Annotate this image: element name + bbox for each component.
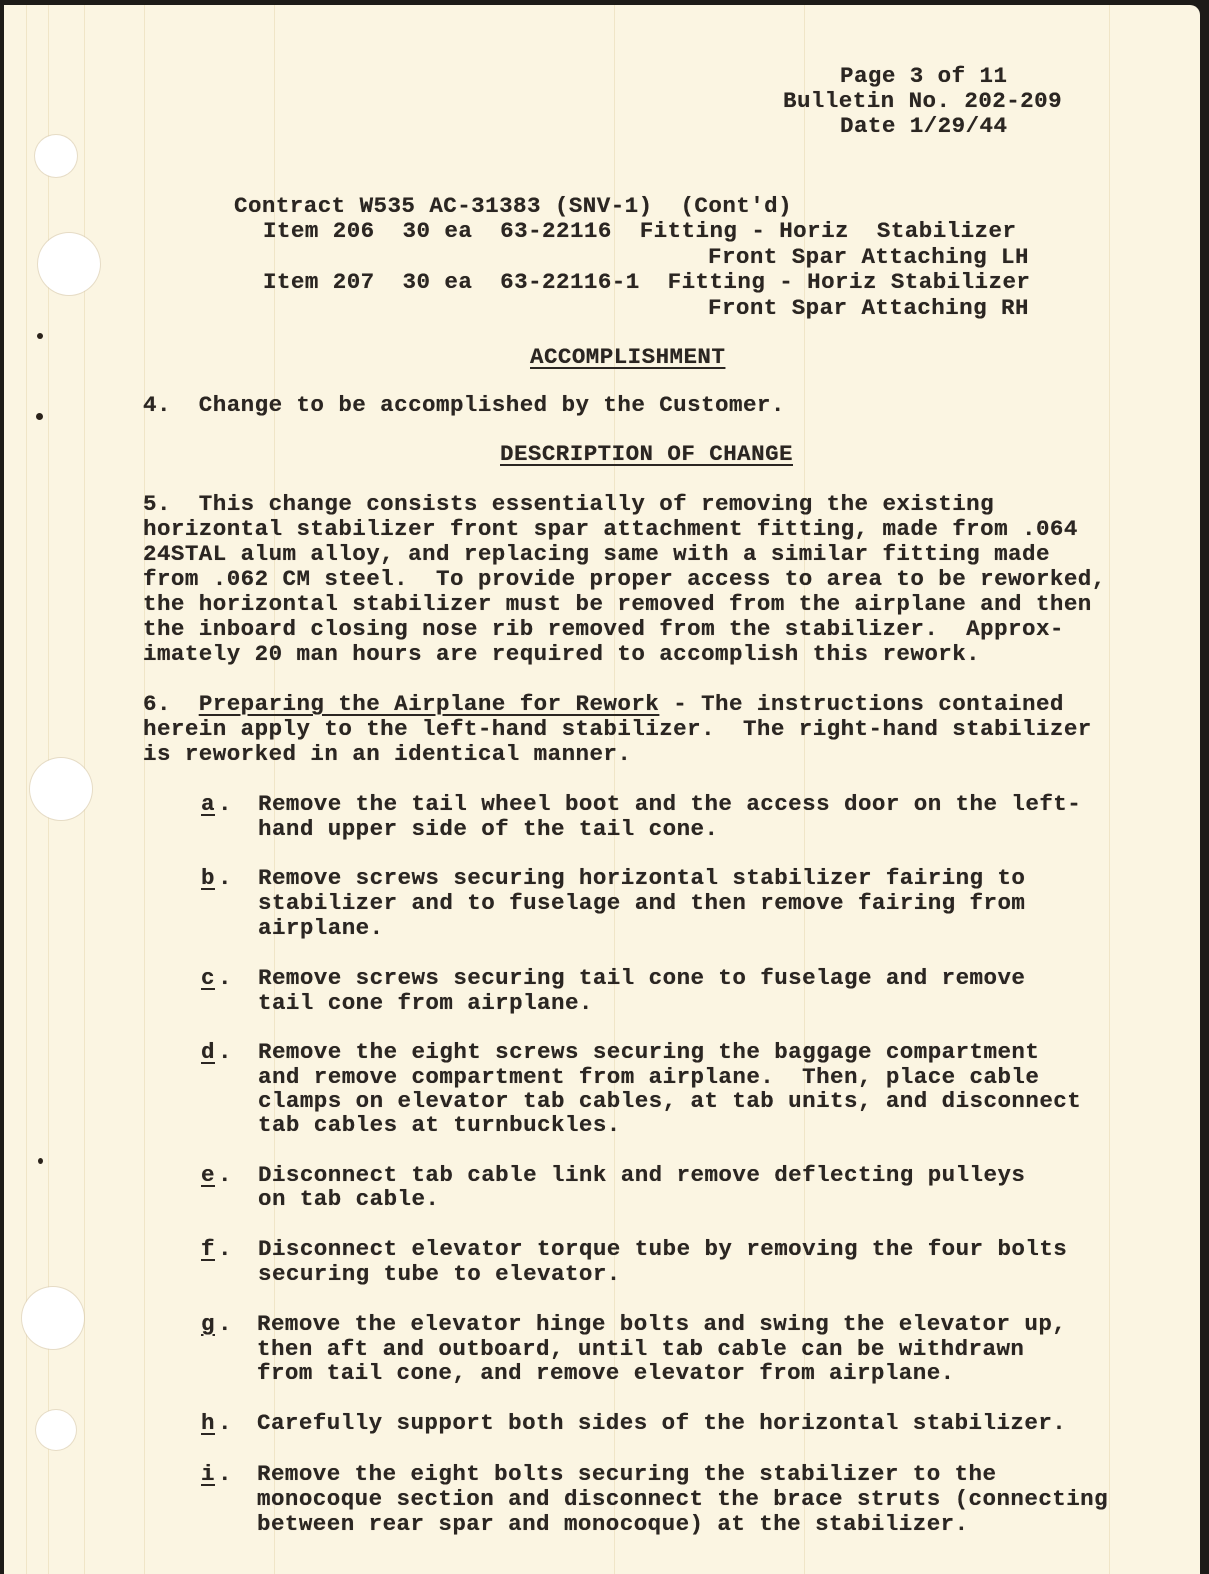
step-letter-g: g [201, 1312, 215, 1337]
contract-item-206: Item 206 30 ea 63-22116 Fitting - Horiz … [263, 219, 1016, 244]
ink-speck [36, 413, 43, 420]
contract-item-207: Item 207 30 ea 63-22116-1 Fitting - Hori… [263, 270, 1030, 295]
punch-hole [35, 135, 77, 177]
step-g-line: Remove the elevator hinge bolts and swin… [257, 1312, 1066, 1337]
step-dot: . [218, 1163, 232, 1188]
step-i-line: monocoque section and disconnect the bra… [257, 1487, 1108, 1512]
step-d-line: clamps on elevator tab cables, at tab un… [258, 1089, 1081, 1114]
step-letter-i: i [201, 1462, 215, 1487]
punch-hole [30, 758, 92, 820]
paragraph-6-line3: is reworked in an identical manner. [143, 742, 631, 767]
paragraph-5-line: 5. This change consists essentially of r… [143, 492, 994, 517]
step-f-line: securing tube to elevator. [258, 1262, 621, 1287]
step-d-line: tab cables at turnbuckles. [258, 1113, 621, 1138]
step-letter-f: f [201, 1237, 215, 1262]
bulletin-number: Bulletin No. 202-209 [783, 89, 1062, 114]
step-d-line: Remove the eight screws securing the bag… [258, 1040, 1039, 1065]
step-letter-h: h [201, 1411, 215, 1436]
step-b-line: stabilizer and to fuselage and then remo… [258, 891, 1025, 916]
step-dot: . [218, 1312, 232, 1337]
contract-item-206-desc: Front Spar Attaching LH [708, 245, 1029, 270]
step-dot: . [218, 966, 232, 991]
paragraph-6-line1: 6. Preparing the Airplane for Rework - T… [143, 692, 1064, 717]
contract-title: Contract W535 AC-31383 (SNV-1) (Cont'd) [234, 194, 792, 219]
step-g-line: from tail cone, and remove elevator from… [257, 1361, 955, 1386]
paper-line [26, 5, 27, 1574]
step-dot: . [218, 1462, 232, 1487]
paragraph-5-line: imately 20 man hours are required to acc… [143, 642, 980, 667]
paragraph-5-line: the inboard closing nose rib removed fro… [143, 617, 1064, 642]
bulletin-date: Date 1/29/44 [840, 114, 1007, 139]
step-a-line: Remove the tail wheel boot and the acces… [258, 792, 1081, 817]
punch-hole [36, 1410, 76, 1450]
paper-line [1109, 5, 1110, 1574]
paragraph-6-line2: herein apply to the left-hand stabilizer… [143, 717, 1092, 742]
step-e-line: on tab cable. [258, 1187, 439, 1212]
paragraph-5-line: 24STAL alum alloy, and replacing same wi… [143, 542, 1050, 567]
step-dot: . [218, 1237, 232, 1262]
document-page: Page 3 of 11 Bulletin No. 202-209 Date 1… [4, 5, 1200, 1574]
step-a-line: hand upper side of the tail cone. [258, 817, 718, 842]
step-dot: . [218, 1411, 232, 1436]
paragraph-6-title: Preparing the Airplane for Rework [199, 691, 659, 717]
step-e-line: Disconnect tab cable link and remove def… [258, 1163, 1025, 1188]
step-letter-e: e [201, 1163, 215, 1188]
step-letter-b: b [201, 866, 215, 891]
step-b-line: airplane. [258, 916, 384, 941]
step-h-line: Carefully support both sides of the hori… [257, 1411, 1066, 1436]
step-letter-a: a [201, 792, 215, 817]
heading-accomplishment: ACCOMPLISHMENT [530, 345, 725, 370]
step-c-line: tail cone from airplane. [258, 991, 593, 1016]
step-letter-c: c [201, 966, 215, 991]
paragraph-6-text: - The instructions contained [659, 691, 1064, 717]
step-dot: . [218, 1040, 232, 1065]
heading-description-of-change: DESCRIPTION OF CHANGE [500, 442, 793, 467]
step-dot: . [218, 866, 232, 891]
ink-speck [38, 1158, 43, 1164]
step-b-line: Remove screws securing horizontal stabil… [258, 866, 1025, 891]
step-dot: . [218, 792, 232, 817]
punch-hole [22, 1287, 84, 1349]
ink-speck [37, 333, 43, 339]
paragraph-4: 4. Change to be accomplished by the Cust… [143, 393, 785, 418]
paragraph-6-number: 6. [143, 691, 199, 717]
step-letter-d: d [201, 1040, 215, 1065]
step-c-line: Remove screws securing tail cone to fuse… [258, 966, 1025, 991]
punch-hole [38, 233, 100, 295]
paper-line [144, 5, 145, 1574]
paragraph-5-line: from .062 CM steel. To provide proper ac… [143, 567, 1106, 592]
page-number: Page 3 of 11 [840, 64, 1007, 89]
contract-item-207-desc: Front Spar Attaching RH [708, 296, 1029, 321]
step-i-line: Remove the eight bolts securing the stab… [257, 1462, 996, 1487]
paragraph-5-line: the horizontal stabilizer must be remove… [143, 592, 1092, 617]
paragraph-5-line: horizontal stabilizer front spar attachm… [143, 517, 1078, 542]
step-g-line: then aft and outboard, until tab cable c… [257, 1337, 1024, 1362]
step-i-line: between rear spar and monocoque) at the … [257, 1512, 969, 1537]
step-d-line: and remove compartment from airplane. Th… [258, 1065, 1039, 1090]
step-f-line: Disconnect elevator torque tube by remov… [258, 1237, 1067, 1262]
